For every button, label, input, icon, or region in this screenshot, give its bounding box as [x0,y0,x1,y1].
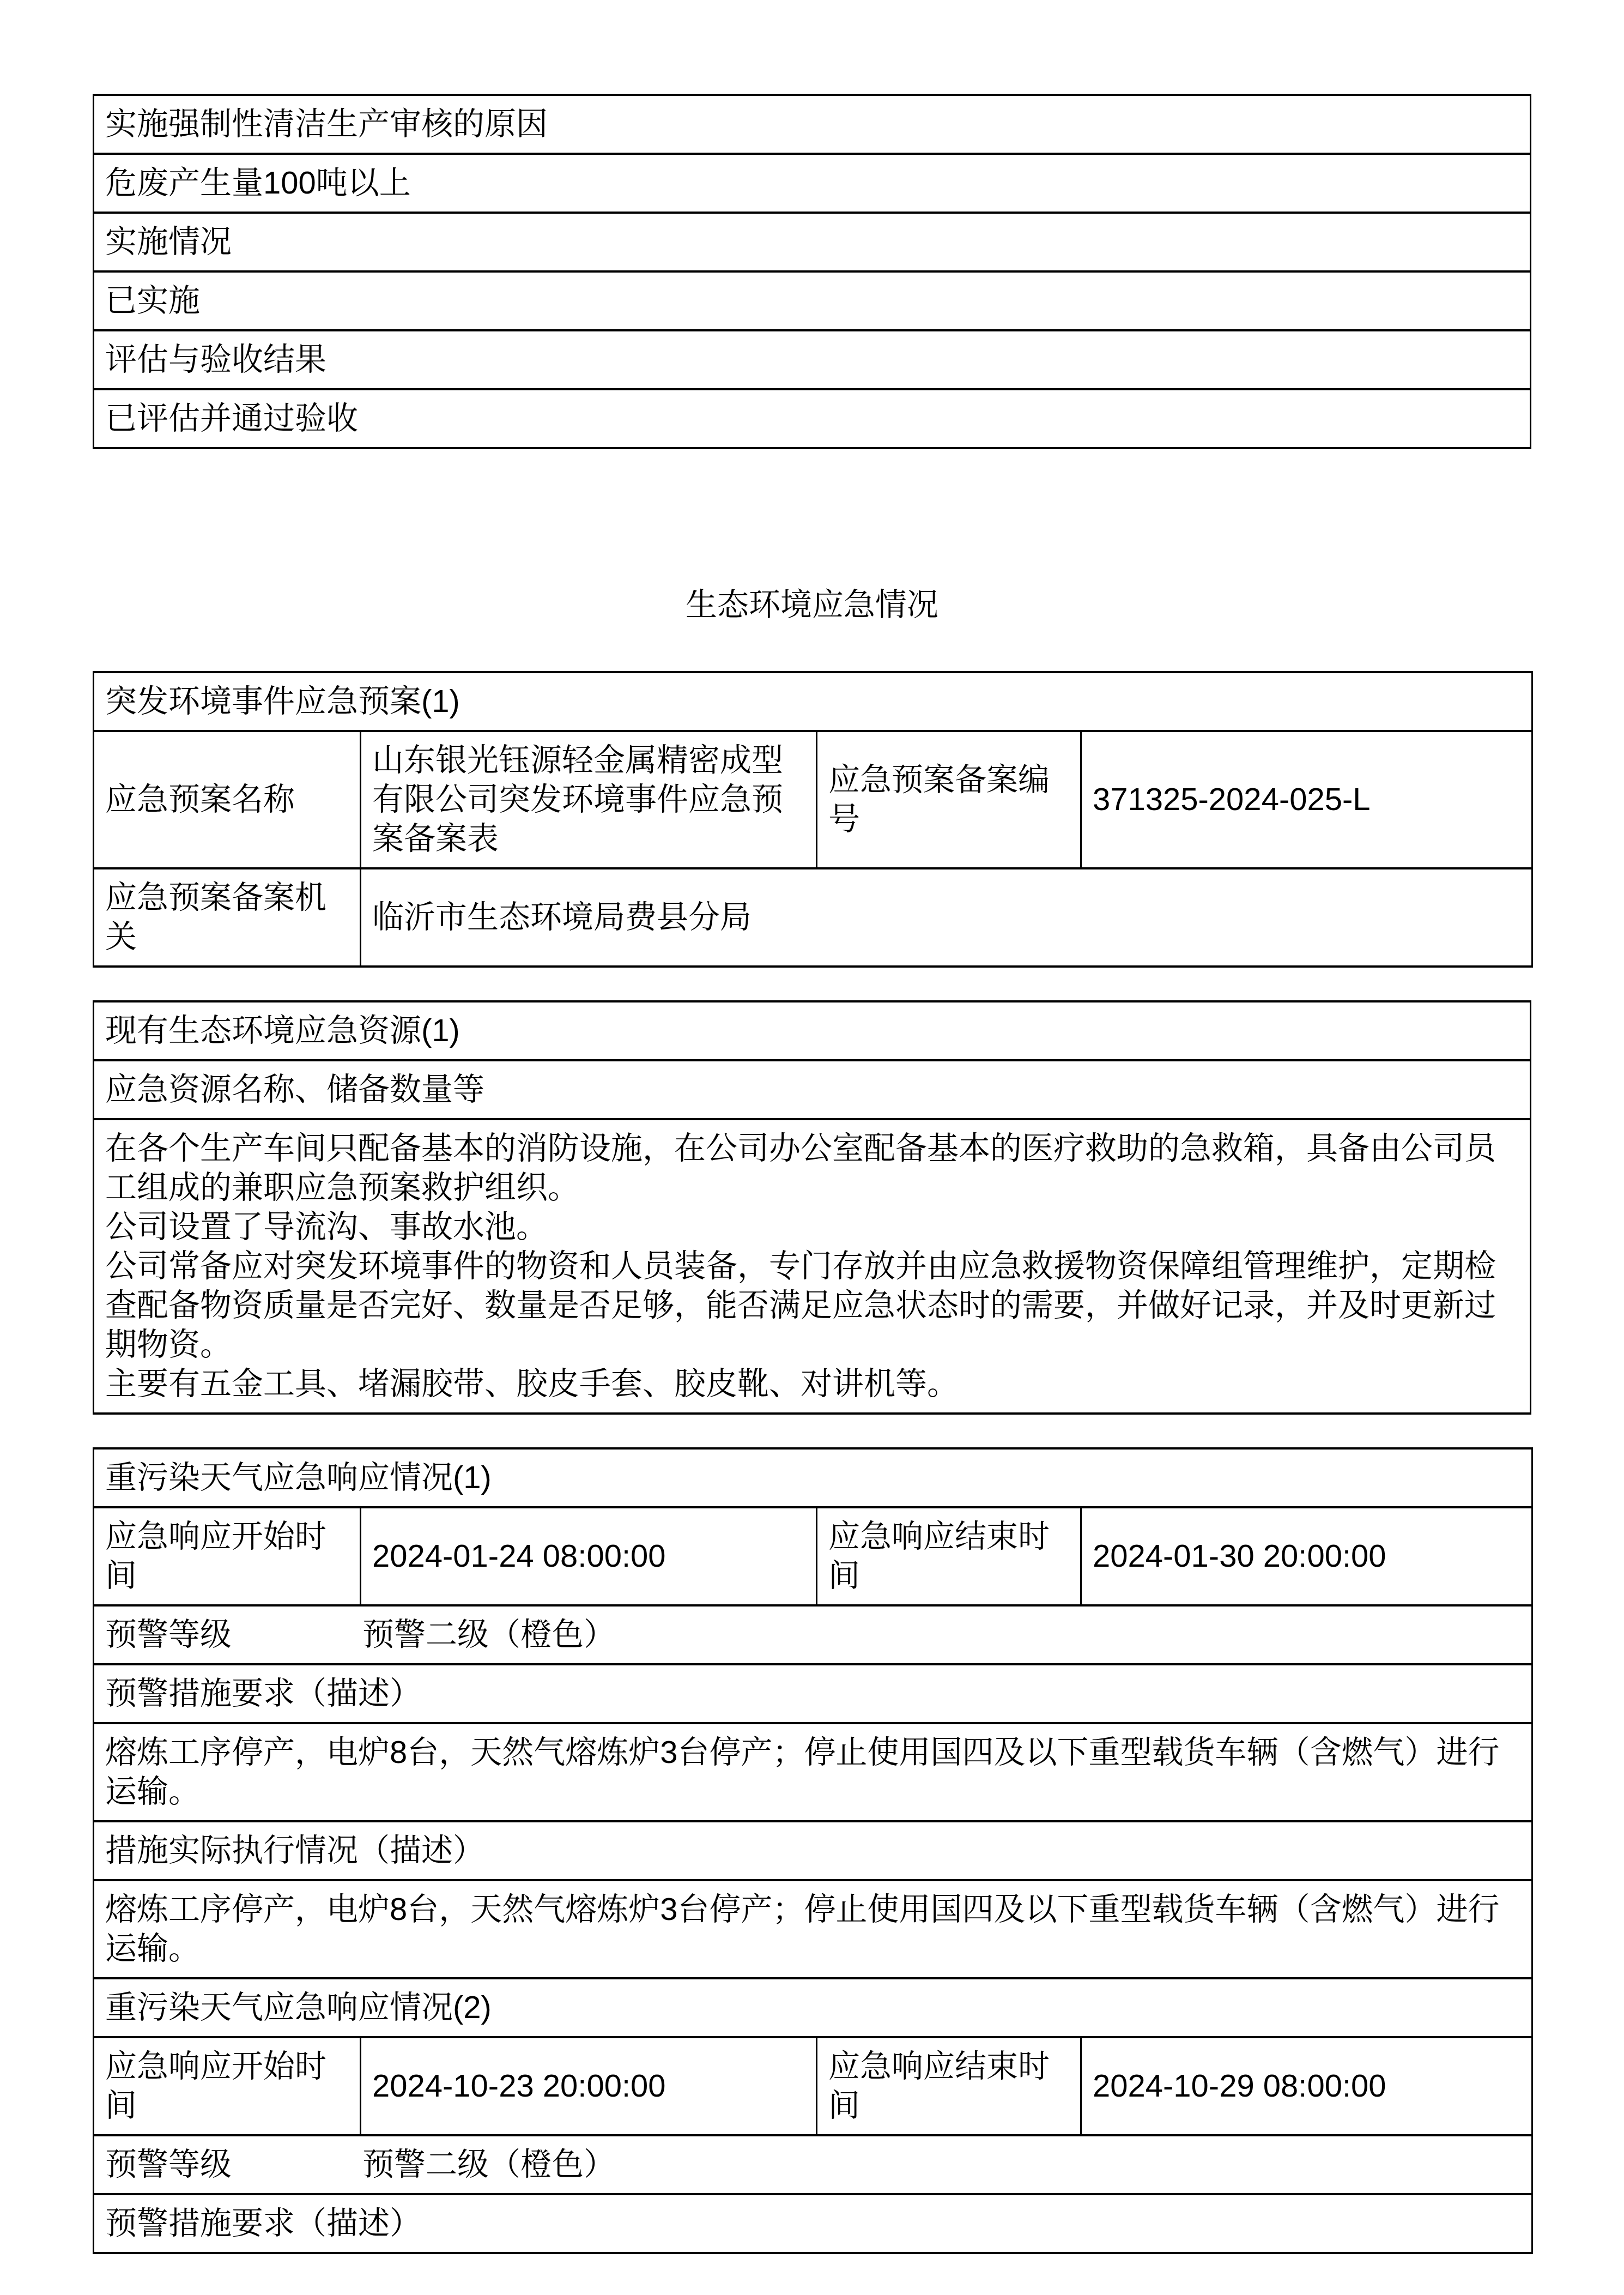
paragraph: 主要有五金工具、堵漏胶带、胶皮手套、胶皮靴、对讲机等。 [105,1364,1519,1404]
paragraph: 公司常备应对突发环境事件的物资和人员装备，专门存放并由应急救援物资保障组管理维护… [105,1247,1519,1364]
response-1-execution-label: 措施实际执行情况（描述） [94,1821,1532,1880]
response-1-measures-value: 熔炼工序停产，电炉8台，天然气熔炼炉3台停产；停止使用国四及以下重型载货车辆（含… [94,1723,1532,1821]
warning-level-label: 预警等级 [105,1615,362,1654]
table-row: 实施强制性清洁生产审核的原因 [94,95,1531,154]
record-number-label: 应急预案备案编号 [817,731,1081,868]
table-row: 危废产生量100吨以上 [94,154,1531,213]
table-row: 实施情况 [94,213,1531,271]
response-1-measures-label: 预警措施要求（描述） [94,1664,1532,1723]
response-2-measures-label: 预警措施要求（描述） [94,2194,1532,2253]
emergency-resources-table: 现有生态环境应急资源(1) 应急资源名称、储备数量等 在各个生产车间只配备基本的… [93,1000,1531,1415]
table-row: 应急资源名称、储备数量等 [94,1060,1531,1119]
evaluation-result-label: 评估与验收结果 [94,330,1531,389]
warning-level-label: 预警等级 [105,2145,362,2184]
audit-reason-label: 实施强制性清洁生产审核的原因 [94,95,1531,154]
resources-description-cell: 在各个生产车间只配备基本的消防设施，在公司办公室配备基本的医疗救助的急救箱，具备… [94,1119,1531,1414]
table-row: 重污染天气应急响应情况(1) [94,1448,1532,1507]
record-org-label: 应急预案备案机关 [94,868,361,967]
plan-table-header: 突发环境事件应急预案(1) [94,672,1532,731]
table-row: 应急响应开始时间 2024-10-23 20:00:00 应急响应结束时间 20… [94,2037,1532,2135]
plan-name-value: 山东银光钰源轻金属精密成型有限公司突发环境事件应急预案备案表 [361,731,817,868]
resources-subheader: 应急资源名称、储备数量等 [94,1060,1531,1119]
table-row: 预警措施要求（描述） [94,1664,1532,1723]
implementation-status-value: 已实施 [94,271,1531,330]
table-row: 突发环境事件应急预案(1) [94,672,1532,731]
table-row: 已评估并通过验收 [94,389,1531,448]
evaluation-result-value: 已评估并通过验收 [94,389,1531,448]
response-1-end-label: 应急响应结束时间 [817,1507,1081,1605]
response-2-end-label: 应急响应结束时间 [817,2037,1081,2135]
document-page: 实施强制性清洁生产审核的原因 危废产生量100吨以上 实施情况 已实施 评估与验… [93,94,1531,2254]
table-row: 在各个生产车间只配备基本的消防设施，在公司办公室配备基本的医疗救助的急救箱，具备… [94,1119,1531,1414]
table-row: 应急预案备案机关 临沂市生态环境局费县分局 [94,868,1532,967]
audit-reason-value: 危废产生量100吨以上 [94,154,1531,213]
record-number-value: 371325-2024-025-L [1081,731,1532,868]
table-row: 措施实际执行情况（描述） [94,1821,1532,1880]
paragraph: 在各个生产车间只配备基本的消防设施，在公司办公室配备基本的医疗救助的急救箱，具备… [105,1129,1519,1207]
section-title: 生态环境应急情况 [93,585,1531,625]
table-row: 重污染天气应急响应情况(2) [94,1978,1532,2037]
table-row: 预警等级预警二级（橙色） [94,2135,1532,2194]
table-row: 熔炼工序停产，电炉8台，天然气熔炼炉3台停产；停止使用国四及以下重型载货车辆（含… [94,1880,1532,1978]
response-2-start-value: 2024-10-23 20:00:00 [361,2037,817,2135]
table-row: 熔炼工序停产，电炉8台，天然气熔炼炉3台停产；停止使用国四及以下重型载货车辆（含… [94,1723,1532,1821]
table-row: 应急预案名称 山东银光钰源轻金属精密成型有限公司突发环境事件应急预案备案表 应急… [94,731,1532,868]
heavy-pollution-response-table: 重污染天气应急响应情况(1) 应急响应开始时间 2024-01-24 08:00… [93,1447,1533,2254]
table-row: 预警措施要求（描述） [94,2194,1532,2253]
table-spacer [93,968,1531,1000]
resources-table-header: 现有生态环境应急资源(1) [94,1001,1531,1060]
response-2-warning-level-row: 预警等级预警二级（橙色） [94,2135,1532,2194]
emergency-plan-table: 突发环境事件应急预案(1) 应急预案名称 山东银光钰源轻金属精密成型有限公司突发… [93,671,1533,968]
record-org-value: 临沂市生态环境局费县分局 [361,868,1532,967]
response-2-start-label: 应急响应开始时间 [94,2037,361,2135]
response-1-header: 重污染天气应急响应情况(1) [94,1448,1532,1507]
response-1-execution-value: 熔炼工序停产，电炉8台，天然气熔炼炉3台停产；停止使用国四及以下重型载货车辆（含… [94,1880,1532,1978]
table-row: 应急响应开始时间 2024-01-24 08:00:00 应急响应结束时间 20… [94,1507,1532,1605]
warning-level-value: 预警二级（橙色） [362,1617,615,1652]
cleaner-production-table: 实施强制性清洁生产审核的原因 危废产生量100吨以上 实施情况 已实施 评估与验… [93,94,1531,449]
warning-level-value: 预警二级（橙色） [362,2147,615,2182]
table-spacer [93,1415,1531,1447]
table-row: 已实施 [94,271,1531,330]
plan-name-label: 应急预案名称 [94,731,361,868]
table-row: 现有生态环境应急资源(1) [94,1001,1531,1060]
response-1-start-label: 应急响应开始时间 [94,1507,361,1605]
response-2-header: 重污染天气应急响应情况(2) [94,1978,1532,2037]
paragraph: 公司设置了导流沟、事故水池。 [105,1207,1519,1247]
response-1-start-value: 2024-01-24 08:00:00 [361,1507,817,1605]
table-row: 预警等级预警二级（橙色） [94,1605,1532,1664]
table-row: 评估与验收结果 [94,330,1531,389]
response-1-end-value: 2024-01-30 20:00:00 [1081,1507,1532,1605]
implementation-status-label: 实施情况 [94,213,1531,271]
response-1-warning-level-row: 预警等级预警二级（橙色） [94,1605,1532,1664]
response-2-end-value: 2024-10-29 08:00:00 [1081,2037,1532,2135]
